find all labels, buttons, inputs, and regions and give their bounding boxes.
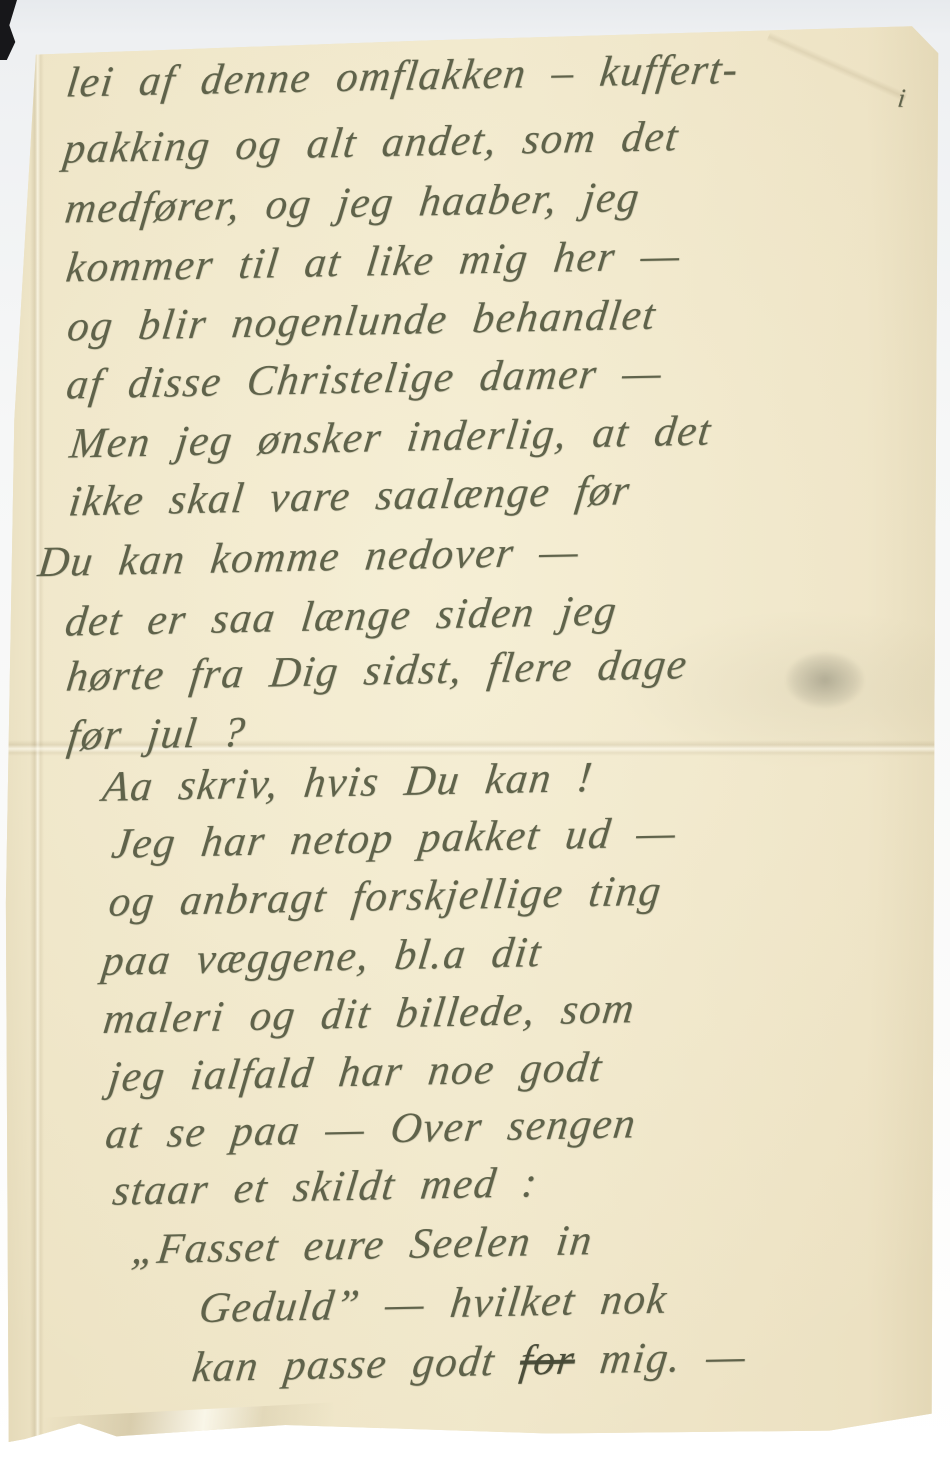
letter-line-8: Men jeg ønsker inderlig, at det	[67, 407, 714, 469]
letter-line-23: Geduld” — hvilket nok	[196, 1275, 670, 1334]
letter-line-22: „Fasset eure Seelen in	[129, 1216, 596, 1274]
letter-line-20: at se paa — Over sengen	[103, 1099, 639, 1159]
margin-mark: i	[896, 84, 908, 114]
line-text: i	[896, 84, 908, 113]
letter-line-12: hørte fra Dig sidst, flere dage	[64, 640, 691, 702]
scan-edge-mark	[0, 0, 17, 60]
letter-line-15: Jeg har netop pakket ud —	[109, 808, 679, 868]
line-text: Aa skriv, hvis Du kan !	[100, 754, 596, 811]
letter-line-13: før jul ?	[65, 708, 249, 761]
line-text: maleri og dit billede, som	[101, 985, 638, 1043]
letter-line-24: kan passe godt for mig. —	[190, 1332, 750, 1392]
scanned-letter-page: { "meta": { "title": "Scanned handwritte…	[0, 0, 950, 1457]
line-text: „Fasset eure Seelen in	[129, 1217, 595, 1273]
letter-line-19: jeg ialfald har noe godt	[106, 1043, 606, 1102]
line-text: kommer til at like mig her —	[64, 232, 684, 291]
letter-line-18: maleri og dit billede, som	[101, 984, 639, 1044]
letter-line-7: af disse Christelige damer —	[64, 349, 665, 410]
handwriting-layer: lei af denne omflakken – kuffert-ipakkin…	[0, 0, 950, 1457]
letter-line-4: medfører, og jeg haaber, jeg	[62, 173, 643, 234]
line-text: det er saa længe siden jeg	[63, 587, 620, 645]
line-text: og blir nogenlunde behandlet	[65, 292, 659, 351]
line-text: at se paa — Over sengen	[103, 1100, 639, 1158]
line-text: lei af denne omflakken – kuffert-	[64, 46, 742, 107]
letter-paper: lei af denne omflakken – kuffert-ipakkin…	[4, 22, 942, 1442]
struck-word: for	[517, 1336, 577, 1384]
letter-line-17: paa væggene, bl.a dit	[99, 928, 544, 986]
line-text: pakking og alt andet, som det	[61, 113, 681, 172]
line-text: medfører, og jeg haaber, jeg	[62, 174, 642, 233]
letter-line-14: Aa skriv, hvis Du kan !	[100, 753, 596, 812]
line-text: paa væggene, bl.a dit	[100, 929, 545, 985]
letter-line-16: og anbragt forskjellige ting	[106, 867, 665, 927]
letter-line-3: pakking og alt andet, som det	[61, 112, 682, 173]
letter-line-11: det er saa længe siden jeg	[63, 586, 621, 646]
letter-line-21: staar et skildt med :	[110, 1158, 541, 1216]
line-text: kan passe godt	[190, 1338, 523, 1392]
line-text: før jul ?	[65, 709, 249, 760]
line-text: mig. —	[572, 1333, 749, 1384]
letter-line-9: ikke skal vare saalænge før	[66, 466, 633, 526]
line-text: Du kan komme nedover —	[35, 528, 582, 586]
letter-line-10: Du kan komme nedover —	[35, 527, 582, 587]
letter-line-6: og blir nogenlunde behandlet	[65, 291, 659, 352]
line-text: Men jeg ønsker inderlig, at det	[67, 408, 714, 468]
letter-line-1: lei af denne omflakken – kuffert-	[64, 45, 742, 108]
line-text: af disse Christelige damer —	[64, 350, 665, 409]
letter-line-5: kommer til at like mig her —	[63, 231, 683, 292]
line-text: Jeg har netop pakket ud —	[109, 809, 679, 867]
line-text: staar et skildt med :	[110, 1159, 541, 1215]
line-text: ikke skal vare saalænge før	[66, 467, 633, 525]
line-text: Geduld” — hvilket nok	[196, 1276, 670, 1333]
line-text: jeg ialfald har noe godt	[106, 1044, 606, 1101]
line-text: hørte fra Dig sidst, flere dage	[64, 641, 691, 701]
line-text: og anbragt forskjellige ting	[106, 868, 664, 926]
